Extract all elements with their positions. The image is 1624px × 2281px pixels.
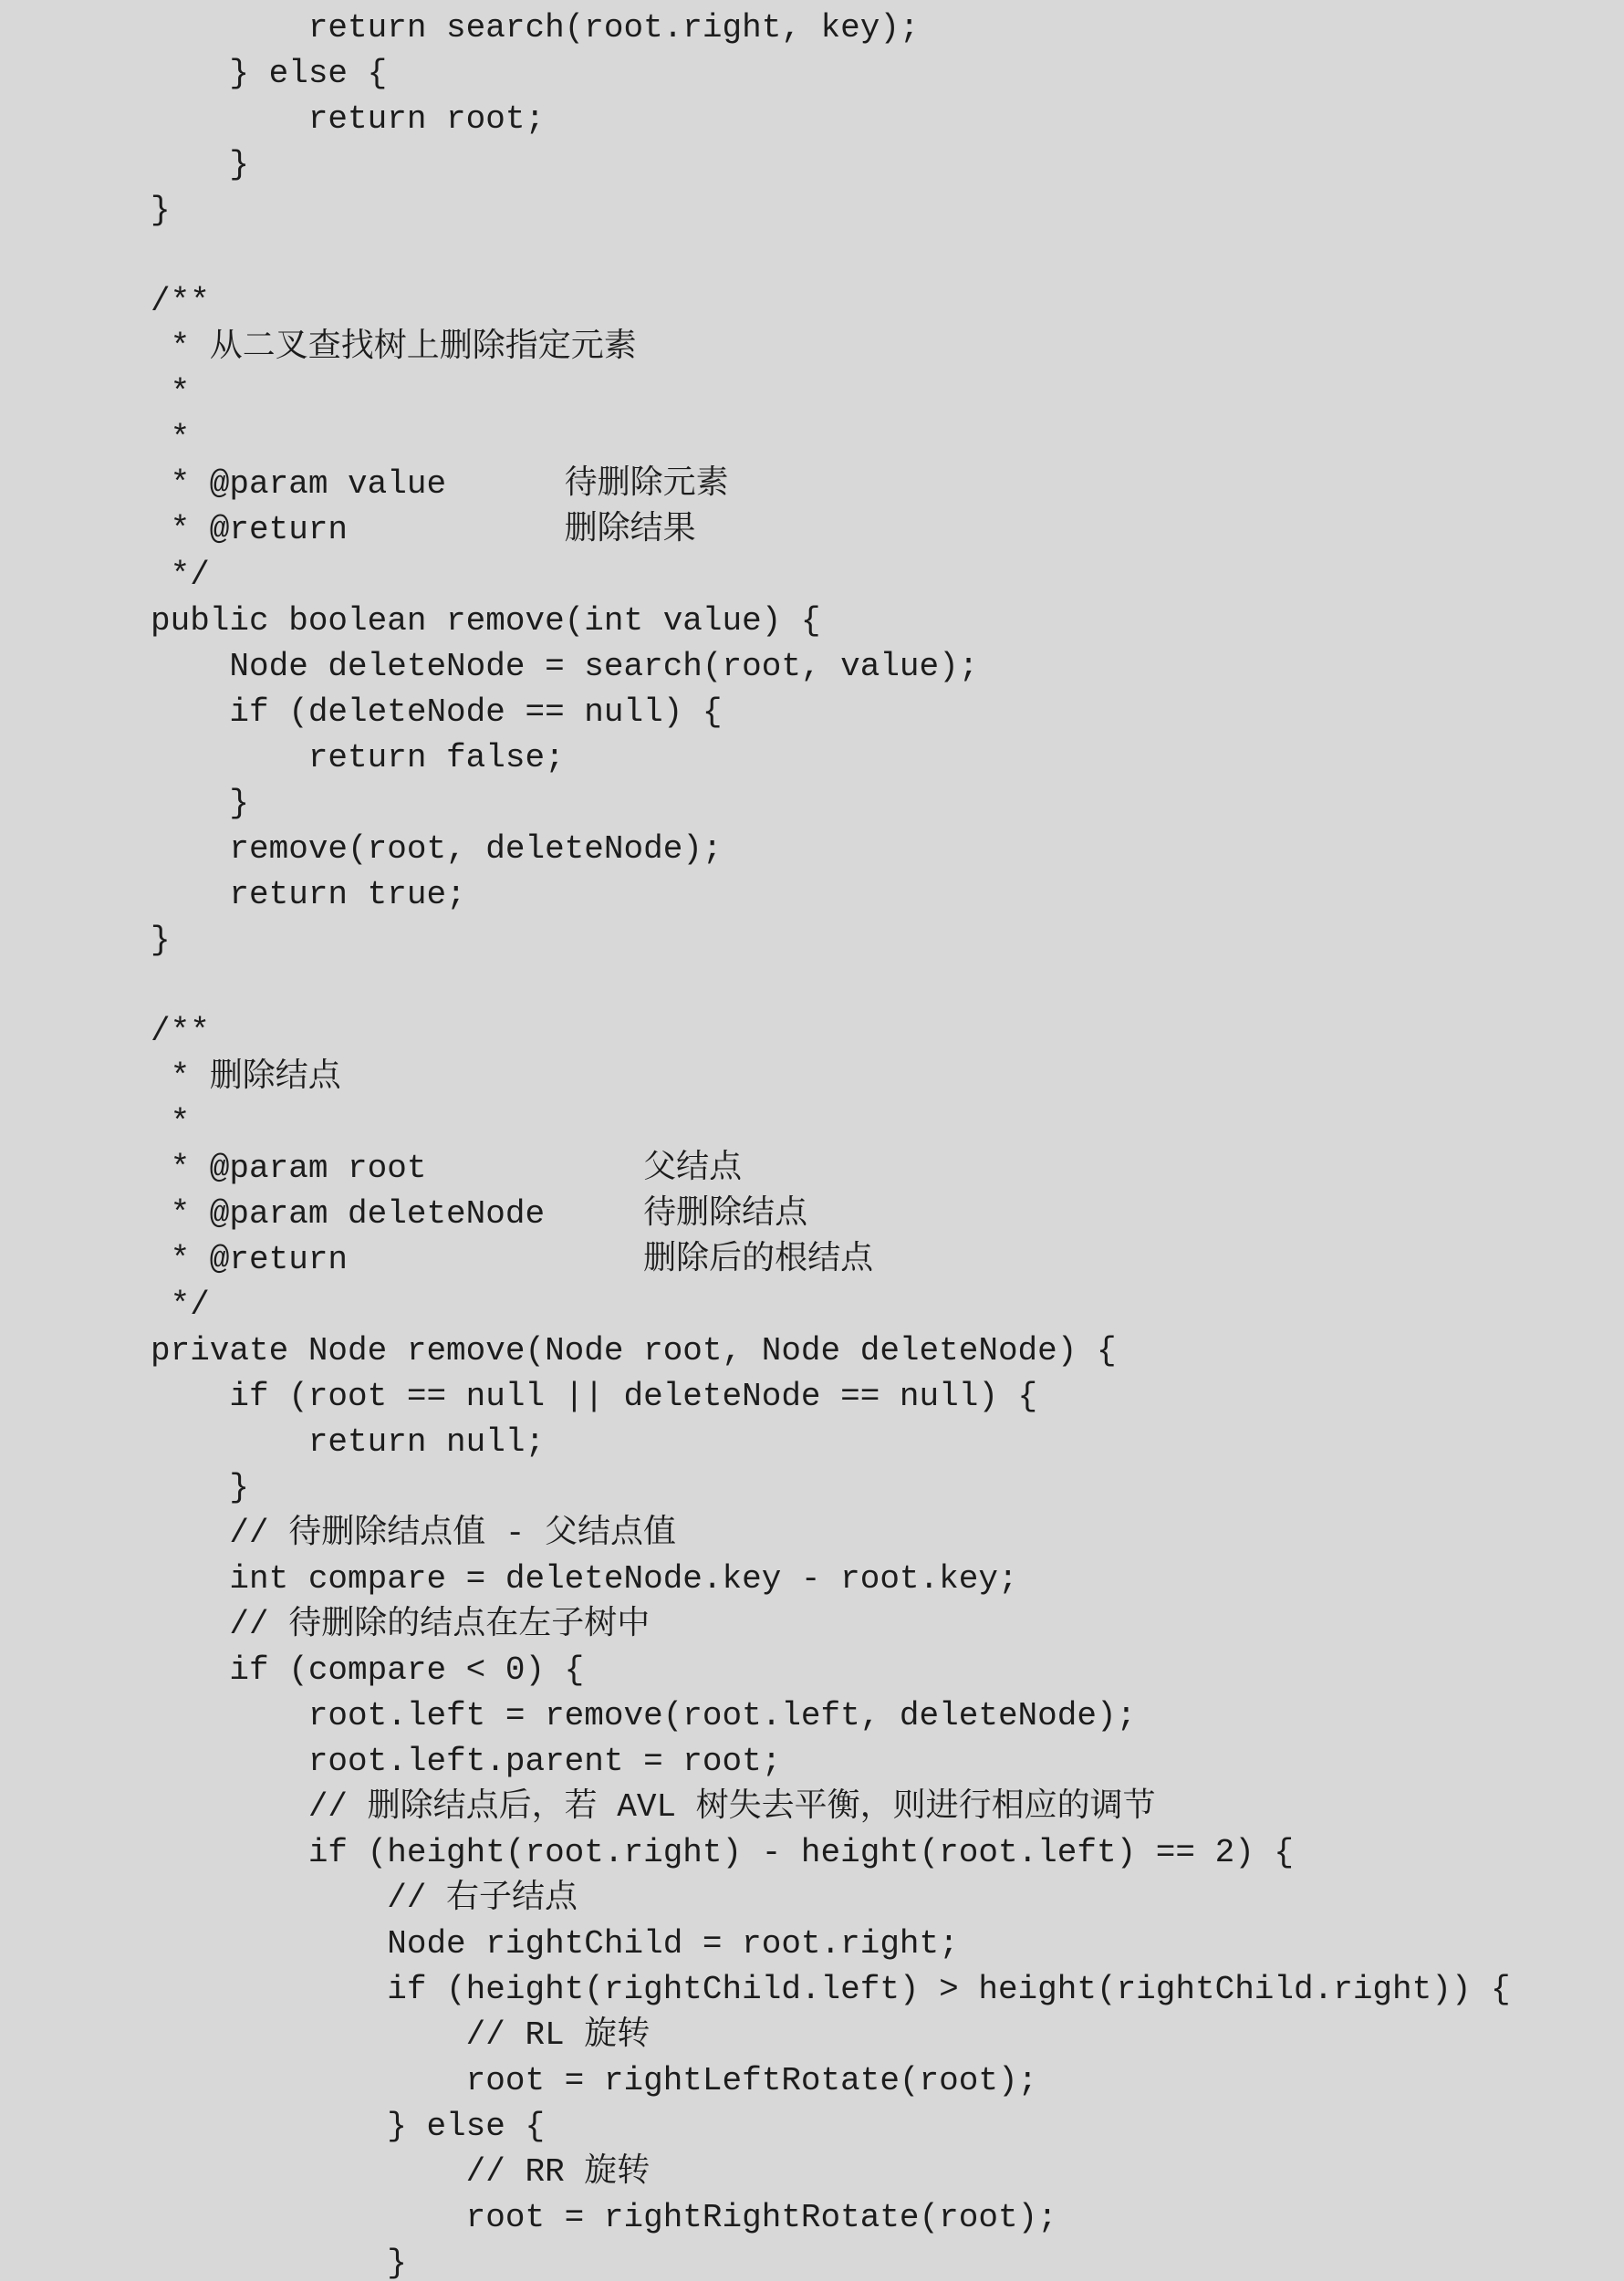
code-line: return null; xyxy=(151,1420,1624,1465)
book-page: return search(root.right, key); } else {… xyxy=(0,0,1624,2281)
code-line: * 删除结点 xyxy=(151,1055,1624,1100)
code-line xyxy=(151,963,1624,1009)
code-line: return root; xyxy=(151,97,1624,142)
code-line: * 从二叉查找树上删除指定元素 xyxy=(151,325,1624,370)
code-line: Node deleteNode = search(root, value); xyxy=(151,644,1624,690)
code-line: if (deleteNode == null) { xyxy=(151,690,1624,735)
code-line: * @param deleteNode 待删除结点 xyxy=(151,1192,1624,1237)
code-line: root.left = remove(root.left, deleteNode… xyxy=(151,1693,1624,1739)
code-line: * @param value 待删除元素 xyxy=(151,462,1624,507)
code-line: return search(root.right, key); xyxy=(151,5,1624,51)
code-line: * xyxy=(151,1100,1624,1146)
code-line: * xyxy=(151,370,1624,416)
code-line: } xyxy=(151,918,1624,963)
code-line: */ xyxy=(151,553,1624,599)
code-line: * @return 删除后的根结点 xyxy=(151,1237,1624,1283)
code-line: // 右子结点 xyxy=(151,1876,1624,1922)
code-line: } else { xyxy=(151,51,1624,97)
code-line: root = rightLeftRotate(root); xyxy=(151,2058,1624,2104)
code-line: Node rightChild = root.right; xyxy=(151,1922,1624,1967)
code-line: int compare = deleteNode.key - root.key; xyxy=(151,1557,1624,1602)
code-line: private Node remove(Node root, Node dele… xyxy=(151,1328,1624,1374)
code-line: if (root == null || deleteNode == null) … xyxy=(151,1374,1624,1420)
code-line: /** xyxy=(151,1009,1624,1055)
code-line: if (height(root.right) - height(root.lef… xyxy=(151,1830,1624,1876)
code-line: // 删除结点后，若 AVL 树失去平衡，则进行相应的调节 xyxy=(151,1785,1624,1830)
code-line: * @param root 父结点 xyxy=(151,1146,1624,1192)
code-line: } xyxy=(151,188,1624,234)
code-line: return false; xyxy=(151,735,1624,781)
code-line: /** xyxy=(151,279,1624,325)
code-line: // 待删除的结点在左子树中 xyxy=(151,1602,1624,1648)
code-line: } else { xyxy=(151,2104,1624,2150)
code-line: // RL 旋转 xyxy=(151,2013,1624,2058)
code-line xyxy=(151,234,1624,279)
code-line: } xyxy=(151,2241,1624,2281)
code-line: * xyxy=(151,416,1624,462)
code-line: root = rightRightRotate(root); xyxy=(151,2195,1624,2241)
code-line: } xyxy=(151,142,1624,188)
code-listing: return search(root.right, key); } else {… xyxy=(151,5,1624,2281)
code-line: } xyxy=(151,1465,1624,1511)
code-line: return true; xyxy=(151,872,1624,918)
code-line: remove(root, deleteNode); xyxy=(151,827,1624,872)
code-line: */ xyxy=(151,1283,1624,1328)
code-line: if (compare < 0) { xyxy=(151,1648,1624,1693)
code-line: * @return 删除结果 xyxy=(151,507,1624,553)
code-line: public boolean remove(int value) { xyxy=(151,599,1624,644)
code-line: root.left.parent = root; xyxy=(151,1739,1624,1785)
code-line: // 待删除结点值 - 父结点值 xyxy=(151,1511,1624,1557)
code-line: } xyxy=(151,781,1624,827)
code-line: if (height(rightChild.left) > height(rig… xyxy=(151,1967,1624,2013)
code-line: // RR 旋转 xyxy=(151,2150,1624,2195)
